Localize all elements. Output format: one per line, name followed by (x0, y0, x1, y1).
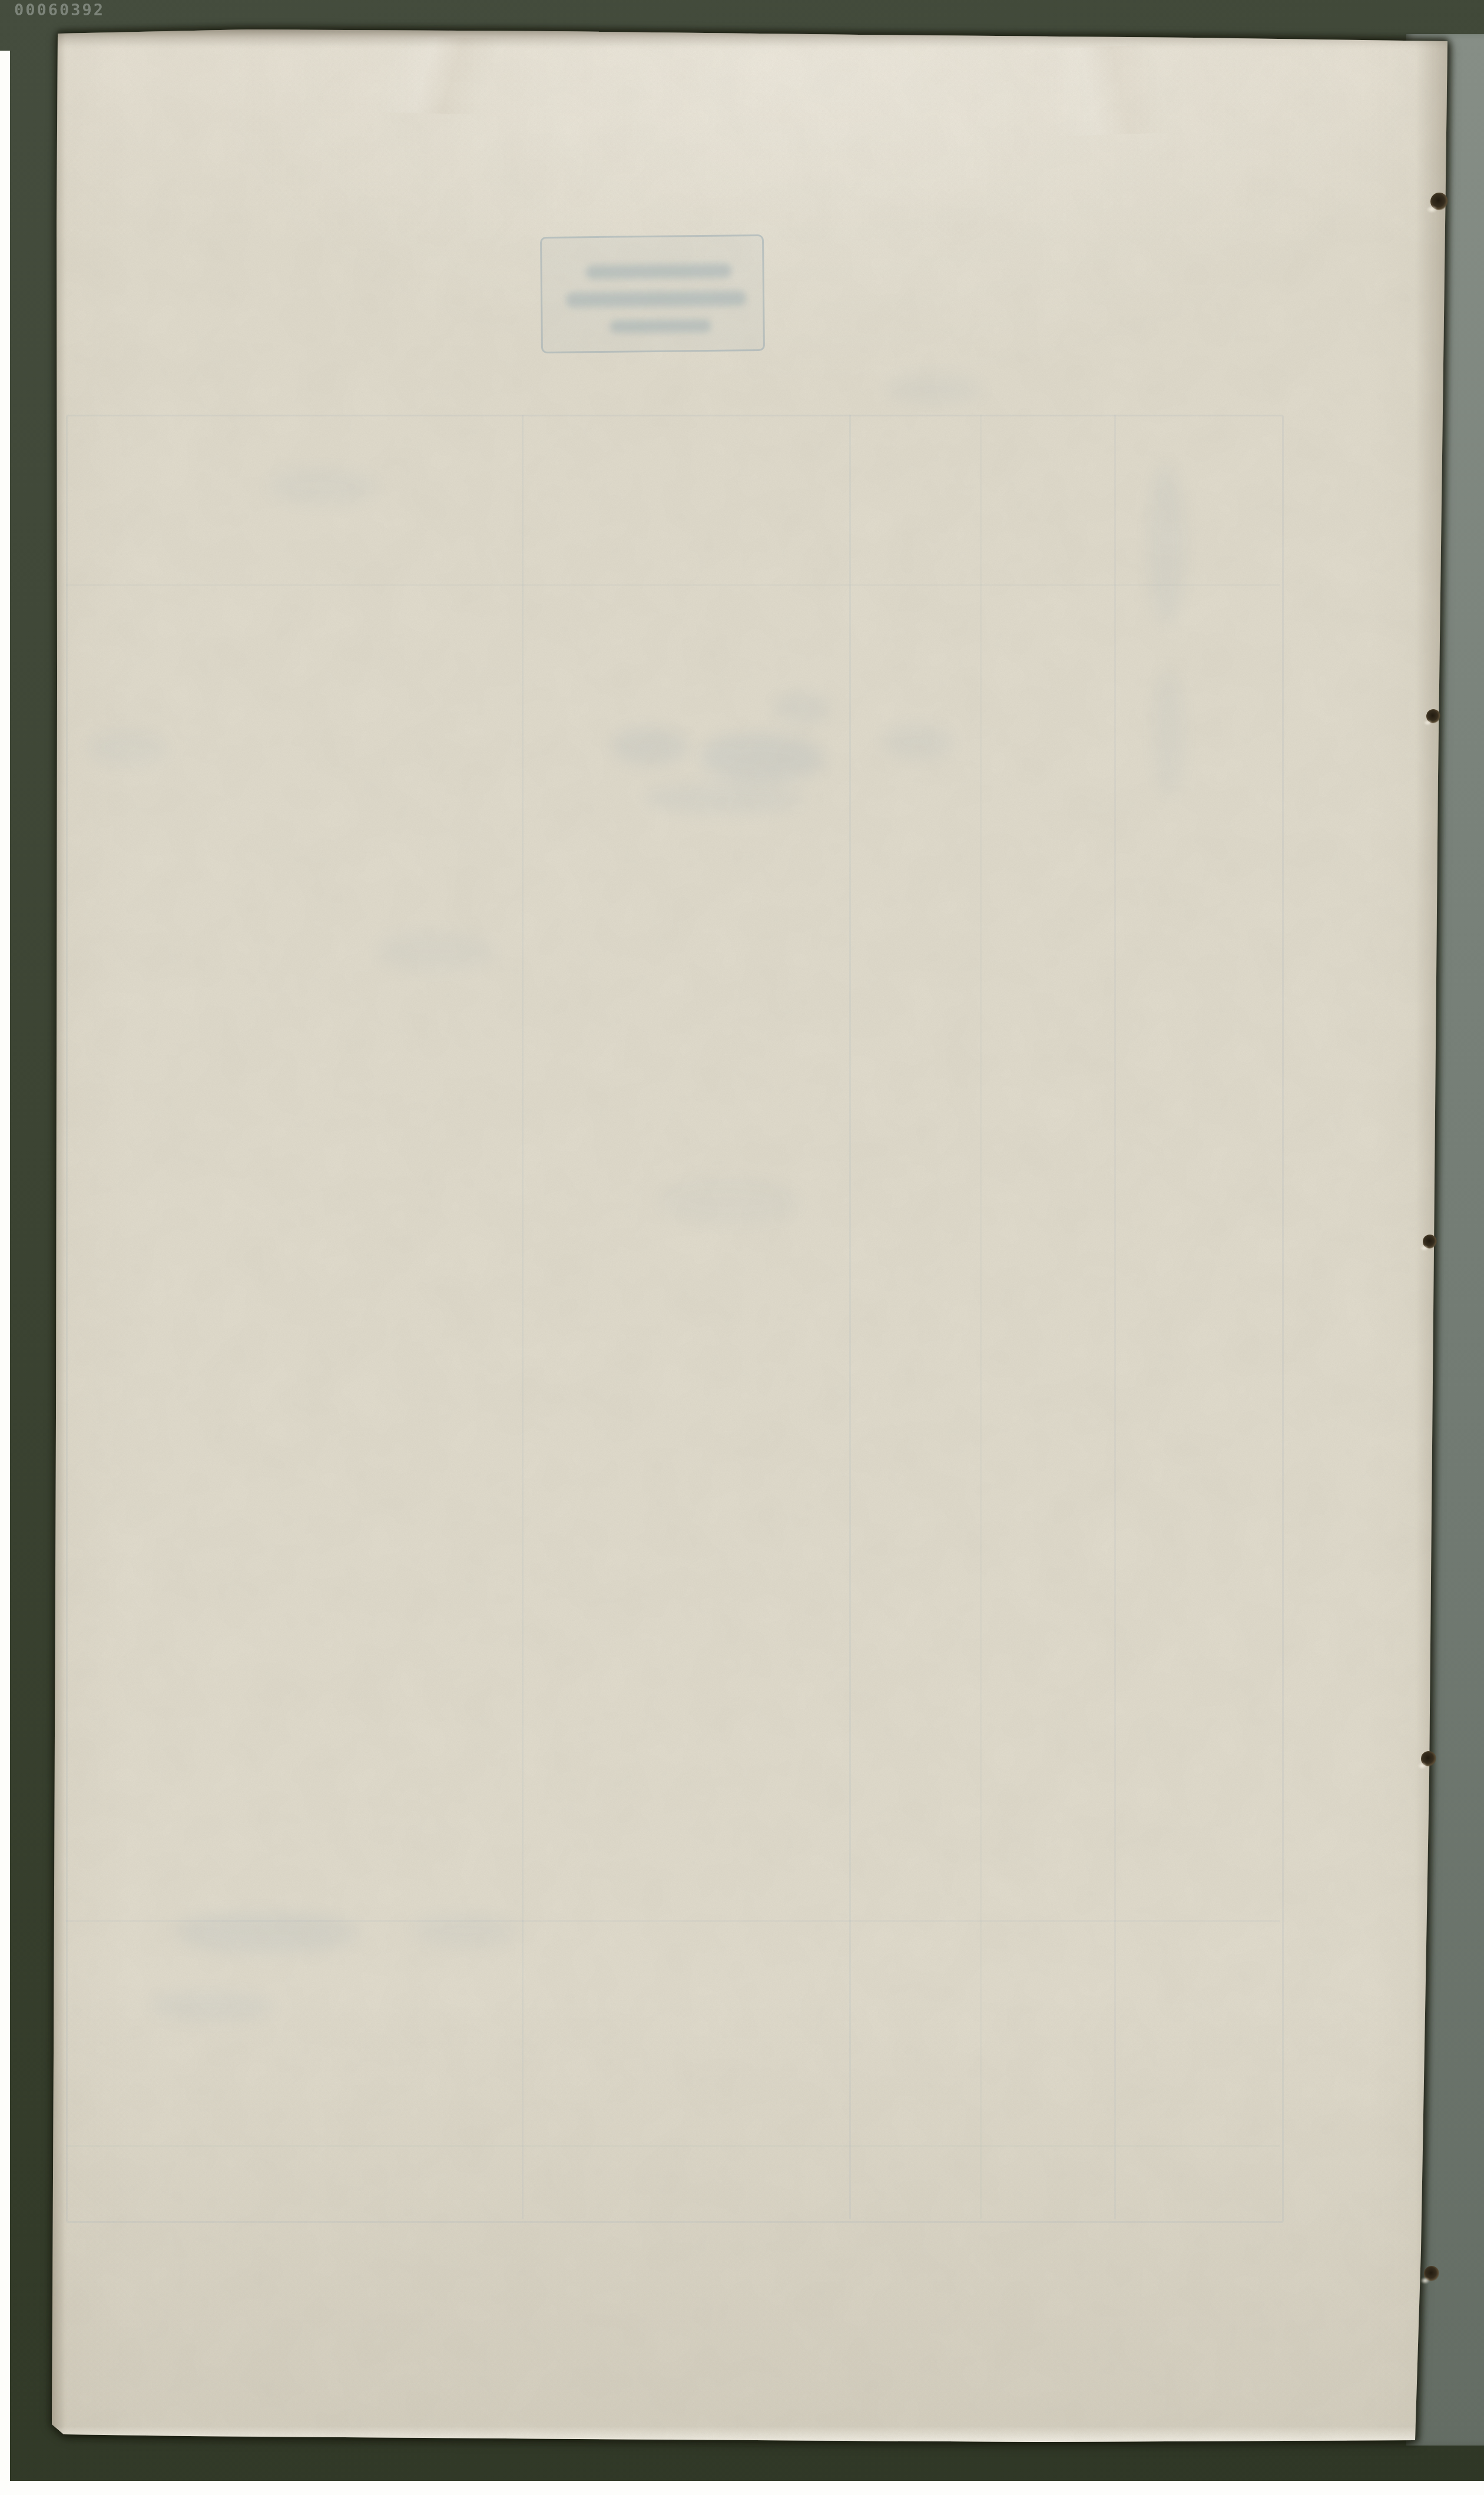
showthrough-blob (150, 1991, 274, 2021)
showthrough-blob (88, 730, 168, 766)
showthrough-blob (774, 692, 830, 724)
showthrough-blob (886, 374, 983, 405)
library-stamp-showthrough (540, 234, 765, 353)
showthrough-blob (660, 1178, 801, 1225)
showthrough-line (66, 584, 1280, 586)
paper-page (0, 0, 1484, 2495)
scanned-book-page: 00060392 (0, 0, 1484, 2495)
stitch-hole-glint (1423, 720, 1432, 726)
stitch-hole-glint (1420, 2277, 1430, 2284)
showthrough-blob (612, 727, 689, 765)
stamp-text-blur (585, 264, 731, 280)
stitch-hole (1424, 2266, 1439, 2281)
showthrough-blob (645, 783, 804, 814)
showthrough-line (1114, 415, 1116, 2219)
page-shadow-wrap (0, 0, 1484, 2495)
page-top-edge-shadow (55, 26, 1450, 47)
scan-id-watermark: 00060392 (14, 1, 105, 19)
showthrough-blob (377, 931, 495, 972)
stitch-hole (1421, 1751, 1436, 1766)
stamp-text-blur (566, 290, 746, 307)
stitch-hole-glint (1420, 1245, 1429, 1252)
paper-crease (870, 39, 1309, 143)
stitch-hole (1426, 709, 1440, 723)
showthrough-line (849, 415, 851, 2219)
showthrough-blob (268, 468, 377, 505)
stitch-hole-glint (1417, 1762, 1427, 1769)
page-bottom-edge-highlight (53, 2424, 1417, 2443)
stitch-hole (1430, 193, 1448, 210)
showthrough-blob (412, 1914, 518, 1947)
showthrough-line (980, 415, 982, 2219)
showthrough-line (66, 2145, 1280, 2147)
showthrough-blob (883, 724, 954, 760)
stitch-hole (1423, 1235, 1437, 1249)
showthrough-blob (701, 733, 824, 783)
showthrough-line (522, 415, 524, 2219)
stamp-text-blur (609, 319, 711, 333)
showthrough-blob (177, 1911, 359, 1954)
page-gutter-shadow (49, 28, 66, 2438)
